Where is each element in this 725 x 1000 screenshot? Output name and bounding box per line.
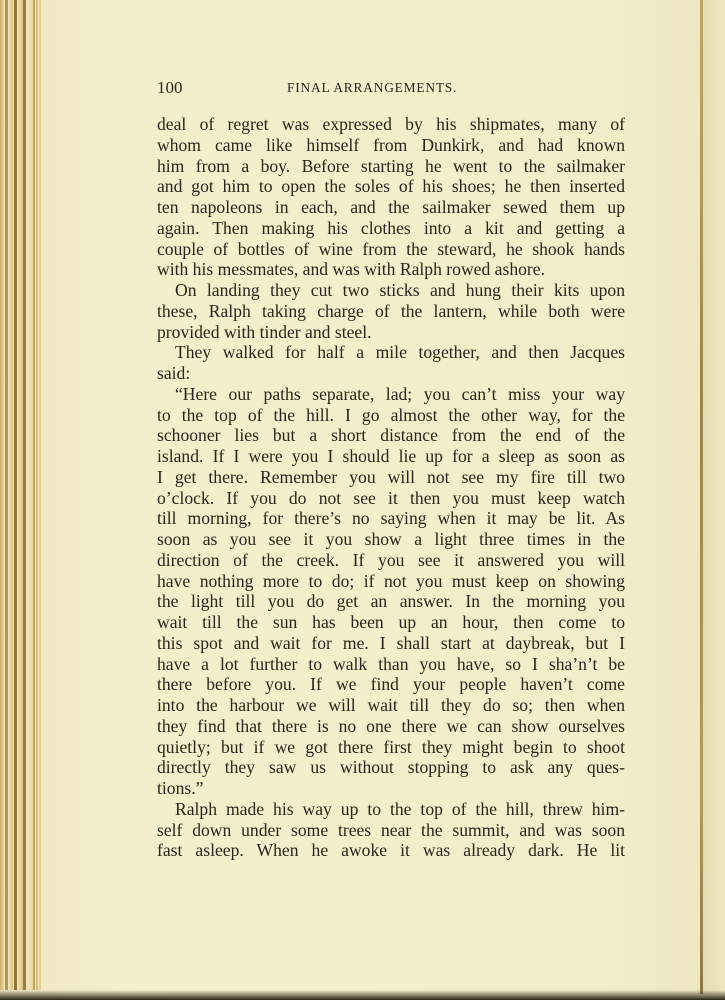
text-line: whom came like himself from Dunkirk, and… [157,135,625,156]
text-line: and got him to open the soles of his sho… [157,176,625,197]
text-line: island. If I were you I should lie up fo… [157,446,625,467]
book-page: 100 FINAL ARRANGEMENTS. deal of regret w… [0,0,725,1000]
text-line: ten napoleons in each, and the sailmaker… [157,197,625,218]
text-line: soon as you see it you show a light thre… [157,529,625,550]
text-line: the light till you do get an answer. In … [157,591,625,612]
text-line: have nothing more to do; if not you must… [157,571,625,592]
next-page-edge [703,0,725,994]
text-line: I get there. Remember you will not see m… [157,467,625,488]
running-head: 100 FINAL ARRANGEMENTS. [157,78,625,100]
text-line: “Here our paths separate, lad; you can’t… [157,384,625,405]
text-line: with his messmates, and was with Ralph r… [157,259,625,280]
text-line: these, Ralph taking charge of the lanter… [157,301,625,322]
text-line: have a lot further to walk than you have… [157,654,625,675]
body-text: deal of regret was expressed by his ship… [157,114,625,861]
text-line: directly they saw us without stopping to… [157,757,625,778]
text-line: they find that there is no one there we … [157,716,625,737]
text-line: into the harbour we will wait till they … [157,695,625,716]
text-line: him from a boy. Before starting he went … [157,156,625,177]
text-line: till morning, for there’s no saying when… [157,508,625,529]
text-line: fast asleep. When he awoke it was alread… [157,840,625,861]
book-binding-edges [0,0,42,990]
text-line: deal of regret was expressed by his ship… [157,114,625,135]
text-line: quietly; but if we got there first they … [157,737,625,758]
chapter-title: FINAL ARRANGEMENTS. [287,80,457,96]
text-line: wait till the sun has been up an hour, t… [157,612,625,633]
text-line: couple of bottles of wine from the stewa… [157,239,625,260]
text-line: tions.” [157,778,625,799]
text-line: Ralph made his way up to the top of the … [157,799,625,820]
text-line: this spot and wait for me. I shall start… [157,633,625,654]
text-line: said: [157,363,625,384]
text-line: direction of the creek. If you see it an… [157,550,625,571]
text-line: They walked for half a mile together, an… [157,342,625,363]
text-line: there before you. If we find your people… [157,674,625,695]
page-bottom-shadow [0,990,725,1000]
text-line: self down under some trees near the summ… [157,820,625,841]
page-number: 100 [157,78,183,98]
text-line: schooner lies but a short distance from … [157,425,625,446]
text-line: provided with tinder and steel. [157,322,625,343]
text-line: On landing they cut two sticks and hung … [157,280,625,301]
text-line: o’clock. If you do not see it then you m… [157,488,625,509]
text-line: again. Then making his clothes into a ki… [157,218,625,239]
text-line: to the top of the hill. I go almost the … [157,405,625,426]
